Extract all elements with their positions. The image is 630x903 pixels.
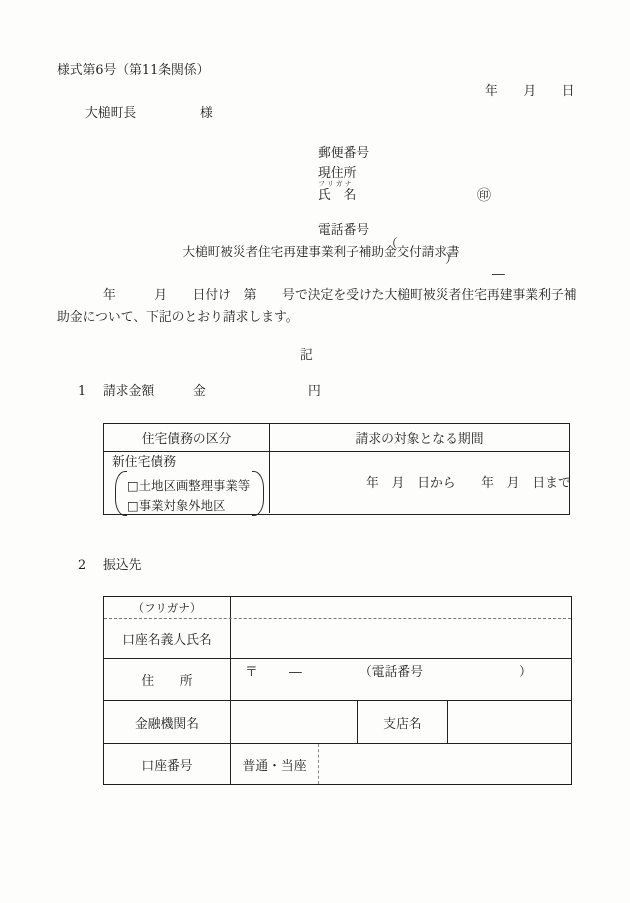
body-line-2: 助金について、下記のとおり請求します。 bbox=[57, 311, 299, 326]
option-land-readjustment: □土地区画整理事業等 bbox=[127, 476, 250, 494]
furigana-row: （フリガナ） bbox=[104, 597, 571, 619]
address-phone-close: ） bbox=[519, 666, 532, 681]
options-paren-right bbox=[252, 471, 264, 516]
name-label: 氏 名 bbox=[318, 189, 356, 204]
debt-period-table-header: 住宅債務の区分 請求の対象となる期間 bbox=[104, 424, 569, 452]
account-type-cell: 普通・当座 bbox=[231, 744, 319, 784]
addressee-name: 大槌町長 bbox=[85, 107, 136, 122]
account-number-value-cell bbox=[319, 744, 571, 784]
branch-value-cell bbox=[448, 701, 571, 743]
bank-transfer-table: （フリガナ） 口座名義人氏名 住 所 〒 ― （電話番号 ） 金融機関名 支店名… bbox=[103, 596, 572, 785]
postal-mark: 〒 bbox=[245, 666, 258, 681]
account-holder-label-cell: 口座名義人氏名 bbox=[104, 619, 231, 658]
account-number-row: 口座番号 普通・当座 bbox=[104, 744, 571, 784]
table1-column-divider bbox=[269, 452, 270, 513]
postal-dash: ― bbox=[289, 666, 302, 681]
record-mark: 記 bbox=[300, 349, 313, 364]
amount-suffix: 円 bbox=[308, 385, 321, 400]
document-title: 大槌町被災者住宅再建事業利子補助金交付請求書 bbox=[14, 245, 628, 259]
form-number: 様式第6号（第11条関係） bbox=[57, 64, 209, 79]
postal-code-label: 郵便番号 bbox=[318, 147, 369, 162]
branch-label-cell: 支店名 bbox=[358, 701, 448, 743]
debt-period-table-body: 新住宅債務 □土地区画整理事業等 □事業対象外地区 年 月 日から 年 月 日ま… bbox=[104, 452, 569, 513]
claim-period-header-cell: 請求の対象となる期間 bbox=[270, 424, 569, 451]
document-page: 様式第6号（第11条関係） 年 月 日 大槌町長 様 郵便番号 現住所 フリガナ… bbox=[0, 0, 630, 903]
debt-class-header-cell: 住宅債務の区分 bbox=[104, 424, 270, 451]
amount-prefix: 金 bbox=[193, 385, 206, 400]
account-holder-row: 口座名義人氏名 bbox=[104, 619, 571, 659]
furigana-label-cell: （フリガナ） bbox=[104, 597, 231, 618]
phone-dash: ― bbox=[492, 268, 505, 283]
new-housing-debt-label: 新住宅債務 bbox=[112, 456, 176, 471]
name-furigana-ruby: フリガナ bbox=[318, 180, 354, 188]
item2-number: 2 bbox=[78, 559, 86, 574]
address-row: 住 所 〒 ― （電話番号 ） bbox=[104, 659, 571, 701]
date-line: 年 月 日 bbox=[485, 85, 575, 100]
address-value-cell: 〒 ― （電話番号 ） bbox=[231, 659, 571, 700]
debt-period-table: 住宅債務の区分 請求の対象となる期間 新住宅債務 □土地区画整理事業等 □事業対… bbox=[103, 423, 570, 515]
furigana-value-cell bbox=[231, 597, 571, 618]
phone-label: 電話番号 bbox=[318, 224, 369, 239]
claim-period-value: 年 月 日から 年 月 日まで bbox=[366, 477, 571, 492]
bank-row: 金融機関名 支店名 bbox=[104, 701, 571, 744]
account-number-label-cell: 口座番号 bbox=[104, 744, 231, 784]
address-label-cell: 住 所 bbox=[104, 659, 231, 700]
item1-label: 請求金額 bbox=[103, 385, 154, 400]
option-outside-project-area: □事業対象外地区 bbox=[127, 496, 225, 514]
options-paren-left bbox=[115, 471, 127, 516]
seal-mark-icon: ㊞ bbox=[477, 188, 491, 204]
body-line-1: 年 月 日付け 第 号で決定を受けた大槌町被災者住宅再建事業利子補 bbox=[57, 289, 587, 304]
item2-label: 振込先 bbox=[103, 559, 141, 574]
item1-number: 1 bbox=[78, 385, 86, 400]
addressee-honorific: 様 bbox=[200, 107, 213, 122]
bank-value-cell bbox=[231, 701, 358, 743]
account-holder-value-cell bbox=[231, 619, 571, 658]
address-phone-open: （電話番号 bbox=[359, 666, 423, 681]
bank-label-cell: 金融機関名 bbox=[104, 701, 231, 743]
